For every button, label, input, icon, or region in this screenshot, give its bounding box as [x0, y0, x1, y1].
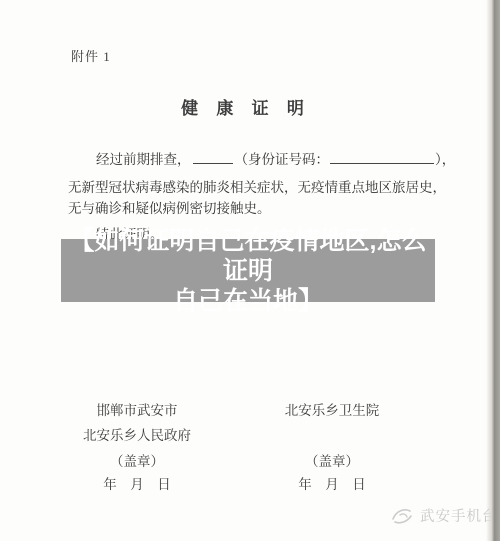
signature-left-org-line-2: 北安乐乡人民政府 [57, 424, 217, 444]
signature-left-seal-label: （盖章） [57, 450, 217, 470]
body-line-1: 经过前期排查，（身份证号码：）， [96, 148, 455, 168]
id-number-blank-field [330, 150, 434, 164]
body-line-1-prefix: 经过前期排查， [96, 152, 191, 167]
certificate-page: 附件 1 健 康 证 明 经过前期排查，（身份证号码：）， 无新型冠状病毒感染的… [0, 0, 500, 541]
scan-edge-shadow [486, 0, 500, 541]
body-line-1-mid: （身份证号码： [235, 152, 330, 167]
attachment-label: 附件 1 [71, 46, 111, 65]
body-line-2: 无新型冠状病毒感染的肺炎相关症状，无疫情重点地区旅居史， [68, 176, 446, 196]
signature-right-org-line-1: 北安乐乡卫生院 [252, 399, 412, 419]
caption-text-line-2: 自己在当地】 [61, 286, 435, 316]
signature-left-date-label: 年 月 日 [57, 473, 217, 493]
station-logo-icon [391, 506, 415, 526]
signature-right-date-label: 年 月 日 [252, 473, 412, 493]
signature-left-org-line-1: 邯郸市武安市 [57, 399, 217, 419]
caption-overlay: 【如何证明自己在疫情地区,怎么证明 自己在当地】 [61, 239, 435, 302]
body-line-3: 无与确诊和疑似病例密切接触史。 [68, 197, 271, 217]
body-line-1-suffix: ）， [435, 152, 455, 167]
watermark: 武安手机台 [391, 505, 498, 526]
certificate-title: 健 康 证 明 [0, 94, 492, 119]
signature-right-seal-label: （盖章） [252, 450, 412, 470]
caption-text-line-1: 【如何证明自己在疫情地区,怎么证明 [61, 226, 435, 286]
name-blank-field [193, 150, 233, 164]
